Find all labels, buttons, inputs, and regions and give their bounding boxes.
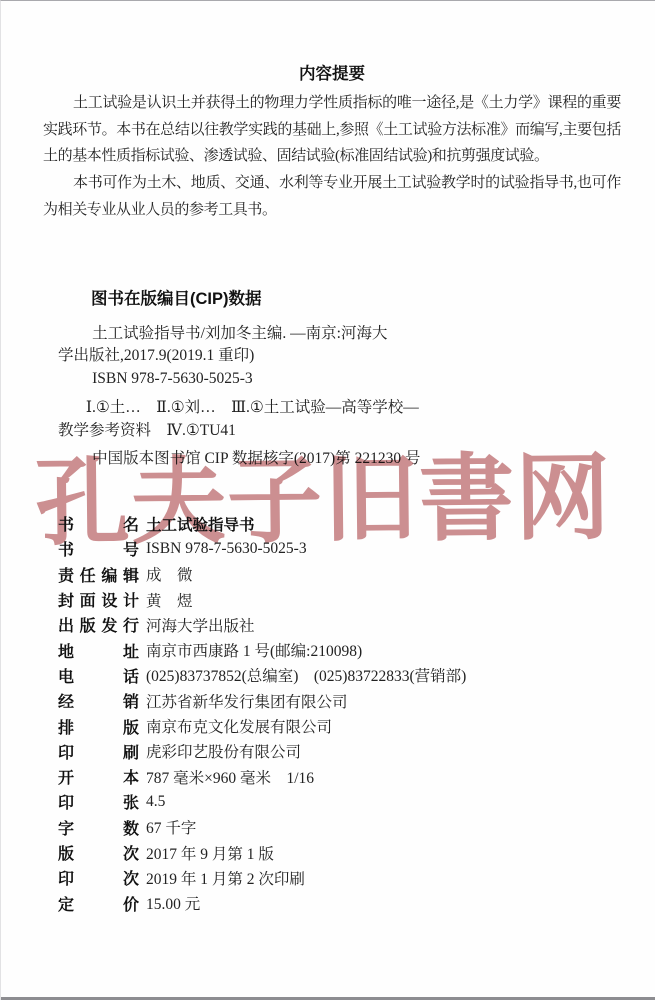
colophon-row-typesetting: 排版 南京布克文化发展有限公司 xyxy=(58,713,623,738)
colophon-row-label: 地址 xyxy=(58,639,139,662)
cip-description-line: 学出版社,2017.9(2019.1 重印) xyxy=(58,345,558,367)
colophon-row-value: ISBN 978-7-5630-5025-3 xyxy=(146,540,307,558)
colophon-row-label: 责任编辑 xyxy=(58,563,139,586)
colophon-row-word-count: 字数 67 千字 xyxy=(58,815,623,840)
colophon-row-printing: 印次 2019 年 1 月第 2 次印刷 xyxy=(58,865,623,890)
colophon-row-cover-design: 封面设计 黄 煜 xyxy=(58,587,623,612)
cip-record-number-line: 中国版本图书馆 CIP 数据核字(2017)第 221230 号 xyxy=(58,448,558,470)
colophon-row-sheets: 印张 4.5 xyxy=(58,789,623,814)
colophon-row-printer: 印刷 虎彩印艺股份有限公司 xyxy=(58,739,623,764)
colophon-row-value: 4.5 xyxy=(146,793,165,811)
colophon-row-title: 书名 土工试验指导书 xyxy=(58,511,623,536)
colophon-row-value: 15.00 元 xyxy=(146,892,200,914)
colophon-row-value: 成 微 xyxy=(146,563,193,585)
colophon-row-format: 开本 787 毫米×960 毫米 1/16 xyxy=(58,764,623,789)
colophon-row-value: 2019 年 1 月第 2 次印刷 xyxy=(146,867,305,889)
colophon-row-value: 黄 煜 xyxy=(146,589,193,611)
colophon-row-label: 电话 xyxy=(58,664,139,687)
colophon-row-label: 开本 xyxy=(58,765,139,788)
colophon-row-label: 印刷 xyxy=(58,740,139,763)
colophon-row-label: 经销 xyxy=(58,689,139,712)
summary-title: 内容提要 xyxy=(43,60,621,84)
colophon-section: 书名 土工试验指导书 书号 ISBN 978-7-5630-5025-3 责任编… xyxy=(58,511,623,916)
colophon-row-label: 书号 xyxy=(58,537,139,560)
colophon-row-value: 虎彩印艺股份有限公司 xyxy=(146,740,301,762)
colophon-row-distributor: 经销 江苏省新华发行集团有限公司 xyxy=(58,688,623,713)
colophon-row-value: 787 毫米×960 毫米 1/16 xyxy=(146,766,314,788)
colophon-row-label: 封面设计 xyxy=(58,588,139,611)
colophon-row-value: 南京市西康路 1 号(邮编:210098) xyxy=(146,639,362,661)
colophon-row-price: 定价 15.00 元 xyxy=(58,890,623,915)
colophon-row-publisher: 出版发行 河海大学出版社 xyxy=(58,612,623,637)
colophon-row-label: 排版 xyxy=(58,715,139,738)
colophon-row-value: 土工试验指导书 xyxy=(146,513,255,535)
cip-section: 土工试验指导书/刘加冬主编. —南京:河海大 学出版社,2017.9(2019.… xyxy=(58,323,558,470)
summary-section: 土工试验是认识土并获得土的物理力学性质指标的唯一途径,是《土力学》课程的重要实践… xyxy=(43,90,621,224)
summary-paragraph: 土工试验是认识土并获得土的物理力学性质指标的唯一途径,是《土力学》课程的重要实践… xyxy=(43,90,621,170)
colophon-row-label: 印次 xyxy=(58,866,139,889)
colophon-row-editor: 责任编辑 成 微 xyxy=(58,562,623,587)
colophon-row-label: 书名 xyxy=(58,512,139,535)
summary-paragraph: 本书可作为土木、地质、交通、水利等专业开展土工试验教学时的试验指导书,也可作为相… xyxy=(43,170,621,223)
colophon-row-label: 出版发行 xyxy=(58,613,139,636)
colophon-row-isbn: 书号 ISBN 978-7-5630-5025-3 xyxy=(58,536,623,561)
colophon-row-value: 2017 年 9 月第 1 版 xyxy=(146,842,274,864)
colophon-row-label: 印张 xyxy=(58,790,139,813)
cip-title: 图书在版编目(CIP)数据 xyxy=(91,285,262,309)
colophon-row-value: 江苏省新华发行集团有限公司 xyxy=(146,690,348,712)
colophon-row-label: 字数 xyxy=(58,816,139,839)
colophon-row-phone: 电话 (025)83737852(总编室) (025)83722833(营销部) xyxy=(58,663,623,688)
colophon-row-label: 定价 xyxy=(58,892,139,915)
cip-classification-line: Ⅰ.①土… Ⅱ.①刘… Ⅲ.①土工试验—高等学校— xyxy=(58,397,558,419)
cip-description-line: 土工试验指导书/刘加冬主编. —南京:河海大 xyxy=(58,323,558,345)
cip-classification-line: 教学参考资料 Ⅳ.①TU41 xyxy=(58,420,558,442)
colophon-row-value: 67 千字 xyxy=(146,816,196,838)
colophon-row-label: 版次 xyxy=(58,841,139,864)
colophon-row-edition: 版次 2017 年 9 月第 1 版 xyxy=(58,840,623,865)
book-copyright-page: 内容提要 土工试验是认识土并获得土的物理力学性质指标的唯一途径,是《土力学》课程… xyxy=(0,0,655,1000)
colophon-row-value: (025)83737852(总编室) (025)83722833(营销部) xyxy=(146,664,466,686)
cip-isbn-line: ISBN 978-7-5630-5025-3 xyxy=(58,368,558,390)
colophon-row-value: 南京布克文化发展有限公司 xyxy=(146,715,332,737)
colophon-row-address: 地址 南京市西康路 1 号(邮编:210098) xyxy=(58,637,623,662)
colophon-row-value: 河海大学出版社 xyxy=(146,614,255,636)
